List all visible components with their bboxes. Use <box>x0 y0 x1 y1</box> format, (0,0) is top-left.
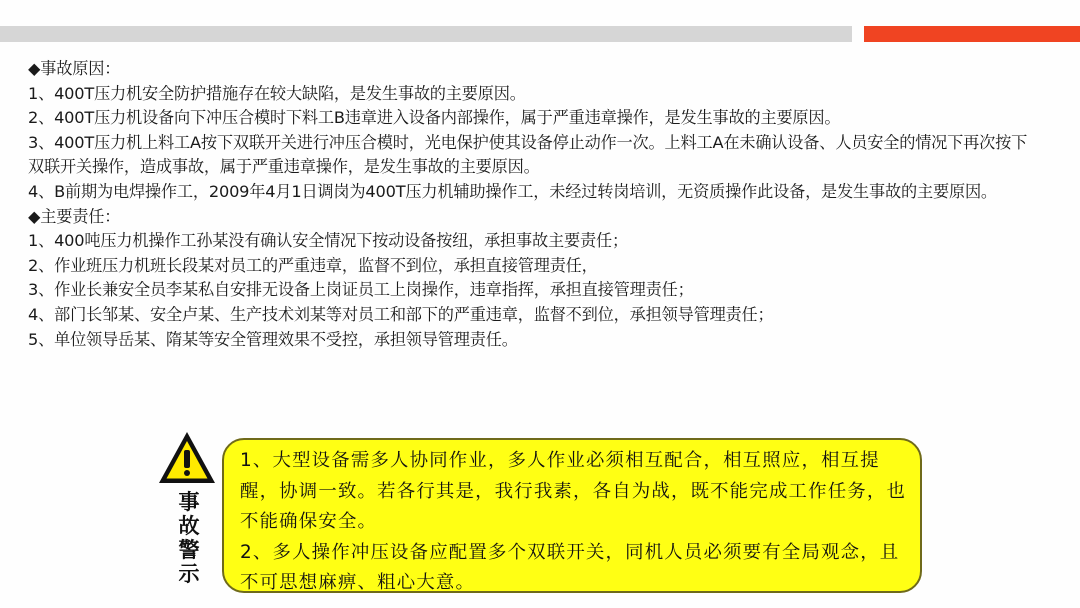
cause-item: 3、400T压力机上料工A按下双联开关进行冲压合模时，光电保护使其设备停止动作一… <box>28 131 1038 180</box>
responsibility-item: 2、作业班压力机班长段某对员工的严重违章，监督不到位，承担直接管理责任， <box>28 254 1038 279</box>
accident-warning-label: 事 故 警 示 <box>176 490 202 586</box>
causes-heading: ◆事故原因： <box>28 57 1038 82</box>
header-gray-bar <box>0 26 852 42</box>
warning-item: 2、多人操作冲压设备应配置多个双联开关，同机人员必须要有全局观念，且不可思想麻痹… <box>240 538 908 599</box>
responsibility-item: 1、400吨压力机操作工孙某没有确认安全情况下按动设备按纽，承担事故主要责任； <box>28 229 1038 254</box>
cause-item: 2、400T压力机设备向下冲压合模时下料工B违章进入设备内部操作，属于严重违章操… <box>28 106 1038 131</box>
responsibility-heading: ◆主要责任： <box>28 205 1038 230</box>
warning-label-char: 示 <box>176 562 202 586</box>
warning-label-char: 事 <box>176 490 202 514</box>
responsibility-item: 3、作业长兼安全员李某私自安排无设备上岗证员工上岗操作，违章指挥，承担直接管理责… <box>28 278 1038 303</box>
main-text: ◆事故原因： 1、400T压力机安全防护措施存在较大缺陷，是发生事故的主要原因。… <box>28 57 1038 352</box>
warning-label-char: 警 <box>176 538 202 562</box>
cause-item: 1、400T压力机安全防护措施存在较大缺陷，是发生事故的主要原因。 <box>28 82 1038 107</box>
warning-item: 1、大型设备需多人协同作业，多人作业必须相互配合，相互照应，相互提醒，协调一致。… <box>240 446 908 538</box>
responsibility-item: 4、部门长邹某、安全卢某、生产技术刘某等对员工和部下的严重违章，监督不到位，承担… <box>28 303 1038 328</box>
cause-item: 4、B前期为电焊操作工，2009年4月1日调岗为400T压力机辅助操作工，未经过… <box>28 180 1038 205</box>
responsibility-item: 5、单位领导岳某、隋某等安全管理效果不受控，承担领导管理责任。 <box>28 328 1038 353</box>
warning-label-char: 故 <box>176 514 202 538</box>
warning-triangle-icon <box>157 430 217 486</box>
header-accent-bar <box>864 26 1080 42</box>
warning-callout-box: 1、大型设备需多人协同作业，多人作业必须相互配合，相互照应，相互提醒，协调一致。… <box>222 438 922 593</box>
